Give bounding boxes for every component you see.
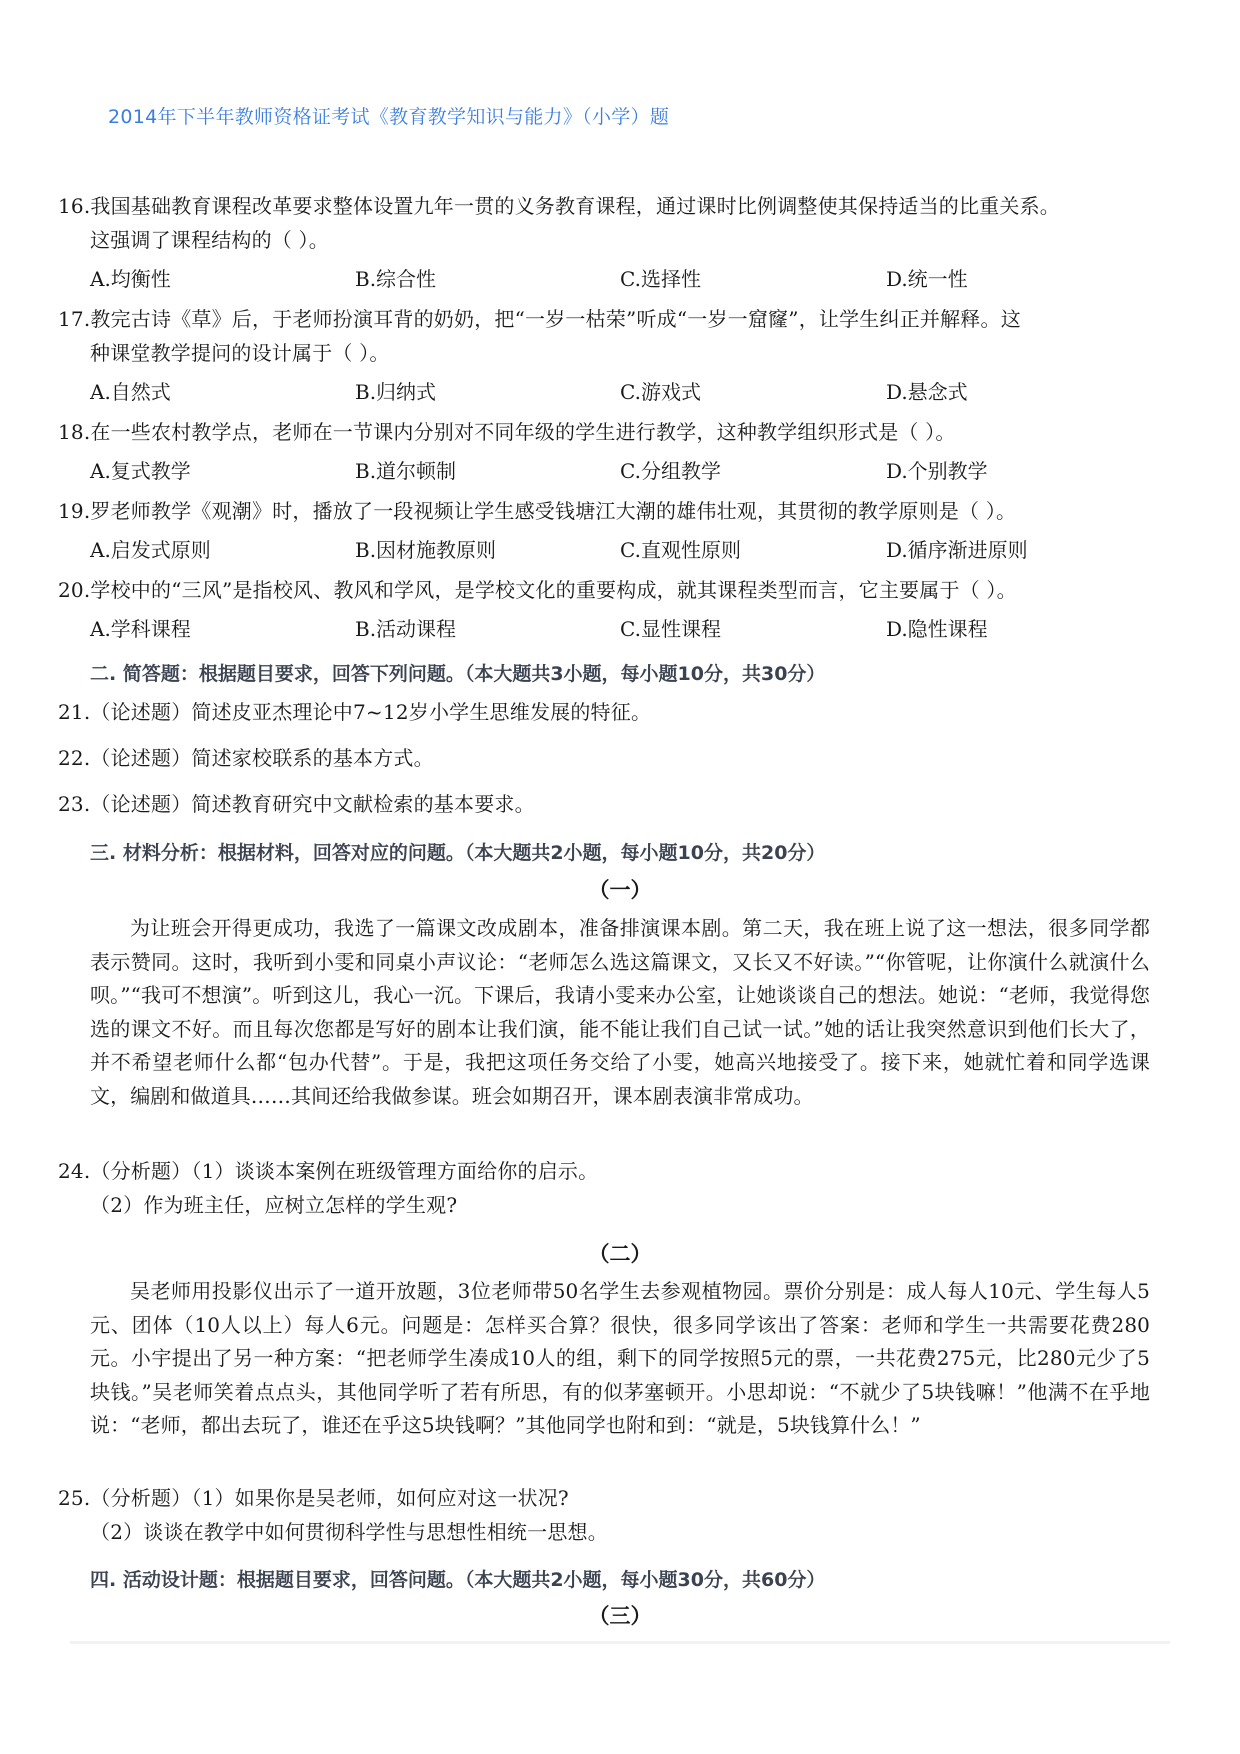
q18-option-c: C.分组教学 [620, 457, 721, 485]
q18-option-d: D.个别教学 [886, 457, 988, 485]
question-16-text-cont: 这强调了课程结构的（ ）。 [90, 226, 329, 254]
q17-option-d: D.悬念式 [886, 378, 968, 406]
question-23-text: 23.（论述题）简述教育研究中文献检索的基本要求。 [58, 790, 535, 818]
section-3-heading: 三. 材料分析：根据材料，回答对应的问题。（本大题共2小题，每小题10分，共20… [90, 838, 825, 865]
question-24-text-cont: （2）作为班主任，应树立怎样的学生观? [90, 1191, 457, 1219]
question-22-text: 22.（论述题）简述家校联系的基本方式。 [58, 744, 434, 772]
q19-option-c: C.直观性原则 [620, 536, 741, 564]
material-3-label: （三） [0, 1600, 1240, 1630]
material-1-label: （一） [0, 874, 1240, 904]
q16-option-a: A.均衡性 [90, 265, 171, 293]
page-divider [70, 1641, 1170, 1644]
q18-option-b: B.道尔顿制 [355, 457, 456, 485]
material-2-text: 吴老师用投影仪出示了一道开放题，3位老师带50名学生去参观植物园。票价分别是：成… [90, 1275, 1150, 1443]
question-21-text: 21.（论述题）简述皮亚杰理论中7~12岁小学生思维发展的特征。 [58, 698, 651, 726]
material-2-label: （二） [0, 1238, 1240, 1268]
q18-option-a: A.复式教学 [90, 457, 191, 485]
page-title: 2014年下半年教师资格证考试《教育教学知识与能力》（小学）题 [108, 102, 669, 129]
section-2-heading: 二. 简答题：根据题目要求，回答下列问题。（本大题共3小题，每小题10分，共30… [90, 659, 825, 686]
question-17-text-cont: 种课堂教学提问的设计属于（ ）。 [90, 339, 390, 367]
q20-option-a: A.学科课程 [90, 615, 191, 643]
question-25-text-cont: （2）谈谈在教学中如何贯彻科学性与思想性相统一思想。 [90, 1518, 608, 1546]
q20-option-c: C.显性课程 [620, 615, 721, 643]
material-1-text: 为让班会开得更成功，我选了一篇课文改成剧本，准备排演课本剧。第二天，我在班上说了… [90, 912, 1150, 1113]
question-25-text: 25.（分析题）（1）如果你是吴老师，如何应对这一状况? [58, 1484, 569, 1512]
q16-option-b: B.综合性 [355, 265, 436, 293]
question-20-text: 20.学校中的“三风”是指校风、教风和学风，是学校文化的重要构成，就其课程类型而… [58, 576, 1017, 604]
question-19-text: 19.罗老师教学《观潮》时，播放了一段视频让学生感受钱塘江大潮的雄伟壮观，其贯彻… [58, 497, 1016, 525]
q17-option-b: B.归纳式 [355, 378, 436, 406]
q16-option-d: D.统一性 [886, 265, 968, 293]
q17-option-c: C.游戏式 [620, 378, 701, 406]
q17-option-a: A.自然式 [90, 378, 171, 406]
q19-option-b: B.因材施教原则 [355, 536, 496, 564]
question-18-text: 18.在一些农村教学点，老师在一节课内分别对不同年级的学生进行教学，这种教学组织… [58, 418, 956, 446]
q20-option-b: B.活动课程 [355, 615, 456, 643]
q19-option-d: D.循序渐进原则 [886, 536, 1028, 564]
q19-option-a: A.启发式原则 [90, 536, 211, 564]
section-4-heading: 四. 活动设计题：根据题目要求，回答问题。（本大题共2小题，每小题30分，共60… [90, 1565, 825, 1592]
question-24-text: 24.（分析题）（1）谈谈本案例在班级管理方面给你的启示。 [58, 1157, 598, 1185]
question-17-text: 17.教完古诗《草》后，于老师扮演耳背的奶奶，把“一岁一枯荣”听成“一岁一窟窿”… [58, 305, 1021, 333]
q16-option-c: C.选择性 [620, 265, 701, 293]
question-16-text: 16.我国基础教育课程改革要求整体设置九年一贯的义务教育课程，通过课时比例调整使… [58, 192, 1060, 220]
q20-option-d: D.隐性课程 [886, 615, 988, 643]
